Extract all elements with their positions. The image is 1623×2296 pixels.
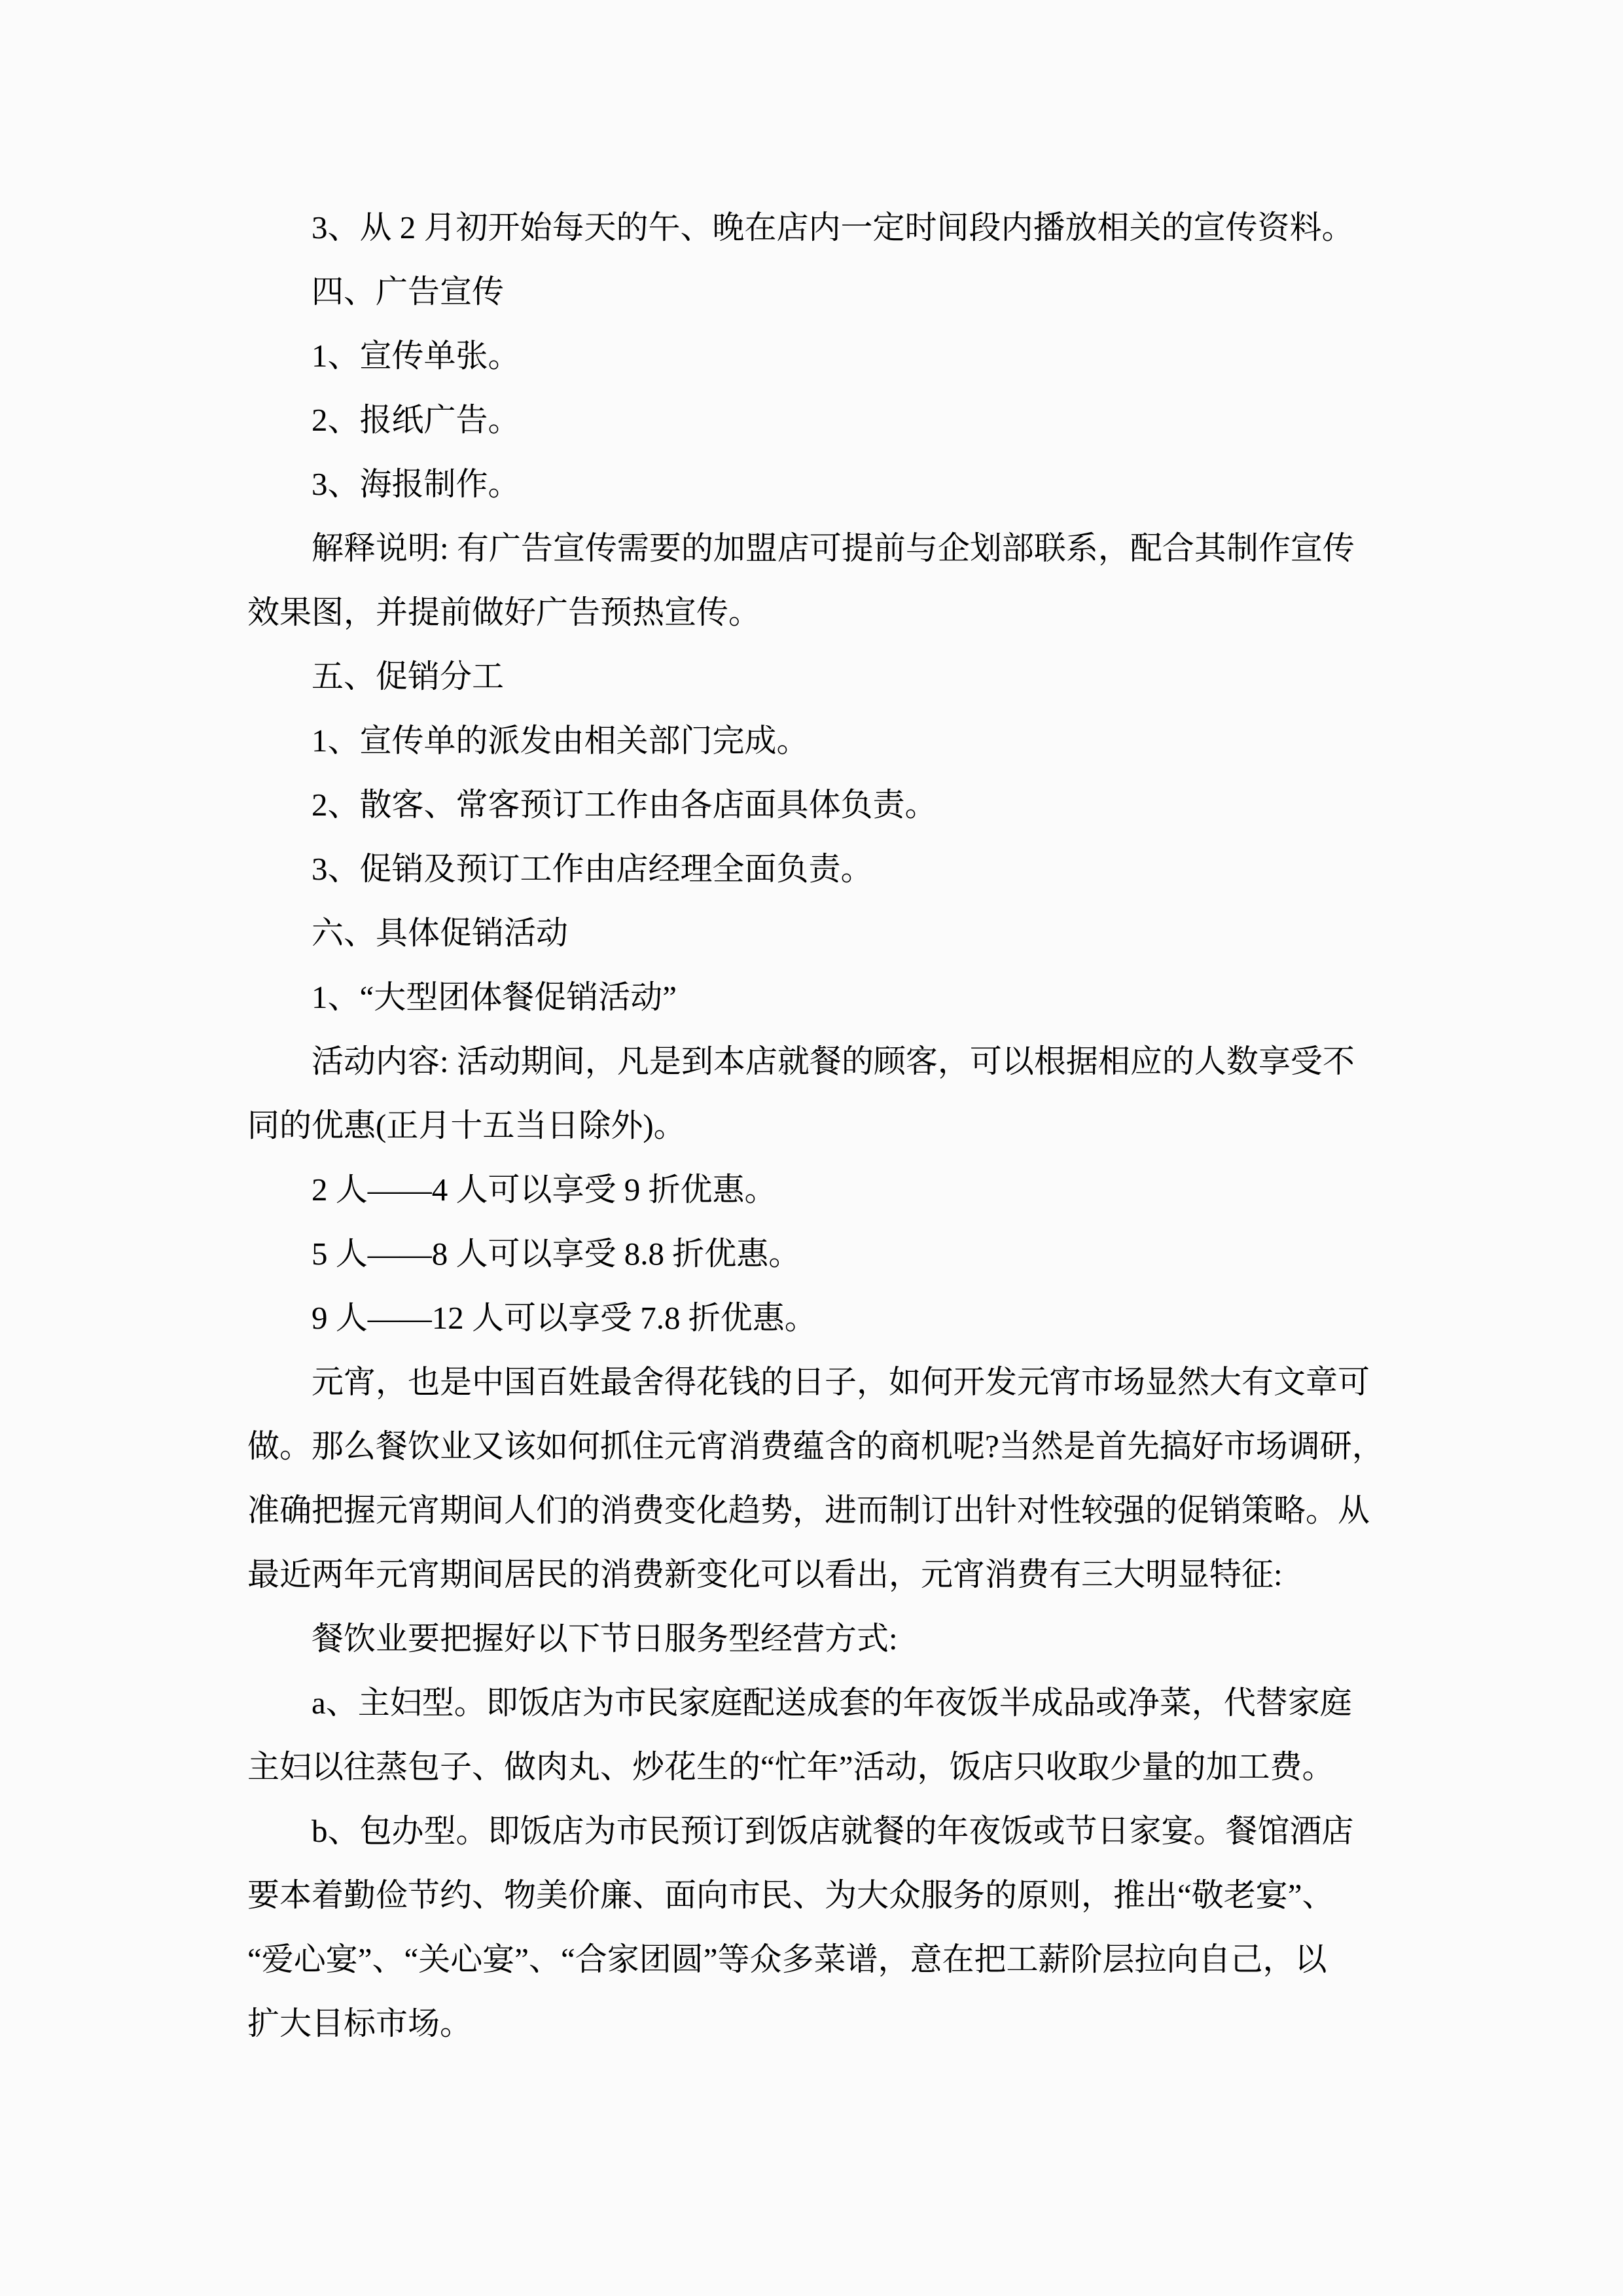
text-line: 扩大目标市场。 (247, 1992, 1399, 2056)
document-page: 3、从 2 月初开始每天的午、晚在店内一定时间段内播放相关的宣传资料。四、广告宣… (0, 0, 1623, 2296)
text-line: 3、促销及预订工作由店经理全面负责。 (247, 837, 1399, 901)
text-line: 做。那么餐饮业又该如何抓住元宵消费蕴含的商机呢?当然是首先搞好市场调研， (247, 1414, 1399, 1479)
text-line: 2、散客、常客预订工作由各店面具体负责。 (247, 773, 1399, 837)
text-line: 3、从 2 月初开始每天的午、晚在店内一定时间段内播放相关的宣传资料。 (247, 196, 1399, 260)
text-line: “爱心宴”、“关心宴”、“合家团圆”等众多菜谱，意在把工薪阶层拉向自己，以 (247, 1928, 1399, 1992)
text-line: 活动内容: 活动期间，凡是到本店就餐的顾客，可以根据相应的人数享受不 (247, 1030, 1399, 1094)
text-line: 5 人——8 人可以享受 8.8 折优惠。 (247, 1222, 1399, 1286)
text-line: 最近两年元宵期间居民的消费新变化可以看出，元宵消费有三大明显特征: (247, 1543, 1399, 1607)
text-line: b、包办型。即饭店为市民预订到饭店就餐的年夜饭或节日家宴。餐馆酒店 (247, 1799, 1399, 1863)
text-line: 2 人——4 人可以享受 9 折优惠。 (247, 1158, 1399, 1222)
text-line: 1、宣传单的派发由相关部门完成。 (247, 709, 1399, 773)
text-line: 四、广告宣传 (247, 260, 1399, 324)
text-line: 3、海报制作。 (247, 452, 1399, 516)
text-line: 解释说明: 有广告宣传需要的加盟店可提前与企划部联系，配合其制作宣传 (247, 516, 1399, 581)
text-line: 要本着勤俭节约、物美价廉、面向市民、为大众服务的原则，推出“敬老宴”、 (247, 1863, 1399, 1928)
text-line: 餐饮业要把握好以下节日服务型经营方式: (247, 1607, 1399, 1671)
text-line: 主妇以往蒸包子、做肉丸、炒花生的“忙年”活动，饭店只收取少量的加工费。 (247, 1735, 1399, 1799)
text-line: 效果图，并提前做好广告预热宣传。 (247, 581, 1399, 645)
text-line: 五、促销分工 (247, 645, 1399, 709)
text-line: 1、宣传单张。 (247, 324, 1399, 388)
text-line: 同的优惠(正月十五当日除外)。 (247, 1094, 1399, 1158)
text-line: 六、具体促销活动 (247, 901, 1399, 965)
text-line: 元宵，也是中国百姓最舍得花钱的日子，如何开发元宵市场显然大有文章可 (247, 1350, 1399, 1414)
text-line: 准确把握元宵期间人们的消费变化趋势，进而制订出针对性较强的促销策略。从 (247, 1479, 1399, 1543)
text-line: 9 人——12 人可以享受 7.8 折优惠。 (247, 1286, 1399, 1350)
text-line: 1、“大型团体餐促销活动” (247, 965, 1399, 1030)
text-line: a、主妇型。即饭店为市民家庭配送成套的年夜饭半成品或净菜，代替家庭 (247, 1671, 1399, 1735)
document-text-block: 3、从 2 月初开始每天的午、晚在店内一定时间段内播放相关的宣传资料。四、广告宣… (247, 196, 1399, 2056)
text-line: 2、报纸广告。 (247, 388, 1399, 452)
